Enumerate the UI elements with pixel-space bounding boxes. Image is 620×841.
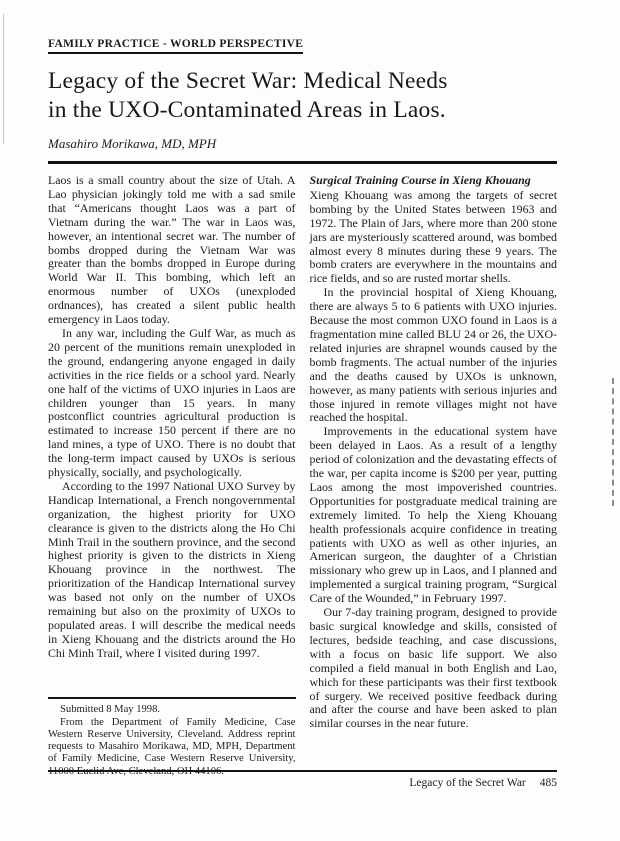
journal-article-page: FAMILY PRACTICE - WORLD PERSPECTIVE Lega… [0,0,620,841]
right-column: Surgical Training Course in Xieng Khouan… [310,174,558,784]
footnote-rule [48,697,296,699]
article-title-line-2: in the UXO-Contaminated Areas in Laos. [48,96,557,125]
section-heading: Surgical Training Course in Xieng Khouan… [310,174,558,188]
paragraph: Improvements in the educational system h… [310,425,558,606]
page-footer: Legacy of the Secret War485 [48,770,557,789]
article-title: Legacy of the Secret War: Medical Needs … [48,67,557,124]
header-rule [48,161,557,164]
paragraph: Xieng Khouang was among the targets of s… [310,189,558,286]
scan-artifact-left [3,14,4,144]
running-title: Legacy of the Secret War [409,777,525,789]
scan-artifact-right [612,378,614,506]
footer-rule [48,770,557,772]
body-columns: Laos is a small country about the size o… [48,174,557,784]
page-content: FAMILY PRACTICE - WORLD PERSPECTIVE Lega… [48,0,557,784]
page-number: 485 [540,777,557,789]
paragraph: In the provincial hospital of Xieng Khou… [310,286,558,425]
footer-line: Legacy of the Secret War485 [48,777,557,789]
paragraph: In any war, including the Gulf War, as m… [48,327,296,480]
paragraph: According to the 1997 National UXO Surve… [48,480,296,661]
footnote-affiliation: From the Department of Family Medicine, … [48,717,296,778]
paragraph: Laos is a small country about the size o… [48,174,296,327]
author-byline: Masahiro Morikawa, MD, MPH [48,136,557,152]
article-title-line-1: Legacy of the Secret War: Medical Needs [48,67,557,96]
footnote: Submitted 8 May 1998. From the Departmen… [48,704,296,778]
footnote-submitted: Submitted 8 May 1998. [48,704,296,716]
left-column: Laos is a small country about the size o… [48,174,296,784]
section-kicker: FAMILY PRACTICE - WORLD PERSPECTIVE [48,38,303,54]
paragraph: Our 7-day training program, designed to … [310,606,558,731]
